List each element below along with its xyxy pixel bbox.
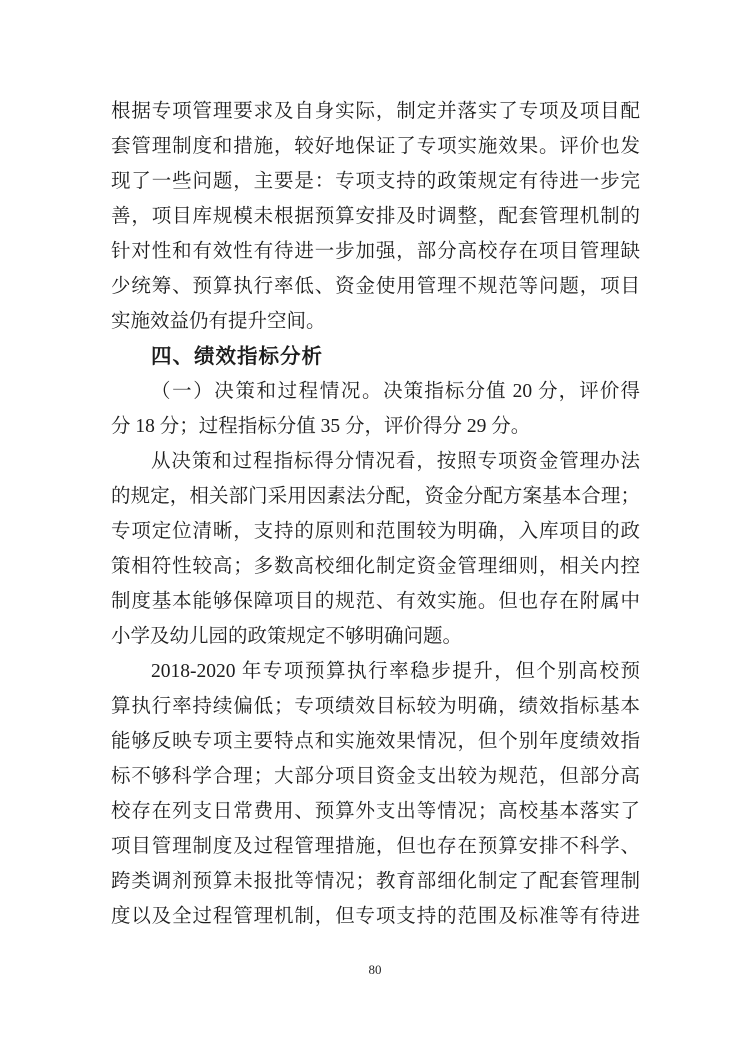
text-line: 针对性和有效性有待进一步加强，部分高校存在项目管理缺 (111, 234, 640, 269)
document-page: 根据专项管理要求及自身实际，制定并落实了专项及项目配套管理制度和措施，较好地保证… (0, 0, 750, 1060)
text-line: 专项定位清晰，支持的原则和范围较为明确，入库项目的政 (111, 514, 640, 549)
text-line: 2018-2020 年专项预算执行率稳步提升，但个别高校预 (111, 654, 640, 689)
text-line: 校存在列支日常费用、预算外支出等情况；高校基本落实了 (111, 794, 640, 829)
text-line: 标不够科学合理；大部分项目资金支出较为规范，但部分高 (111, 759, 640, 794)
text-block: 根据专项管理要求及自身实际，制定并落实了专项及项目配套管理制度和措施，较好地保证… (111, 94, 640, 934)
text-line: 小学及幼儿园的政策规定不够明确问题。 (111, 619, 640, 654)
text-line: 套管理制度和措施，较好地保证了专项实施效果。评价也发 (111, 129, 640, 164)
kai-run: （一）决策和过程情况。 (151, 381, 383, 402)
text-line: 实施效益仍有提升空间。 (111, 304, 640, 339)
text-line: 度以及全过程管理机制，但专项支持的范围及标准等有待进 (111, 899, 640, 934)
text-line: 制度基本能够保障项目的规范、有效实施。但也存在附属中 (111, 584, 640, 619)
text-line: 善，项目库规模未根据预算安排及时调整，配套管理机制的 (111, 199, 640, 234)
text-line: 分 18 分；过程指标分值 35 分，评价得分 29 分。 (111, 409, 640, 444)
text-line: 的规定，相关部门采用因素法分配，资金分配方案基本合理； (111, 479, 640, 514)
text-line: 现了一些问题，主要是：专项支持的政策规定有待进一步完 (111, 164, 640, 199)
section-heading: 四、绩效指标分析 (111, 339, 640, 374)
text-line: （一）决策和过程情况。决策指标分值 20 分，评价得 (111, 374, 640, 409)
text-line: 从决策和过程指标得分情况看，按照专项资金管理办法 (111, 444, 640, 479)
text-line: 跨类调剂预算未报批等情况；教育部细化制定了配套管理制 (111, 864, 640, 899)
text-line: 少统筹、预算执行率低、资金使用管理不规范等问题，项目 (111, 269, 640, 304)
body-run: 决策指标分值 20 分，评价得 (383, 381, 640, 402)
text-line: 策相符性较高；多数高校细化制定资金管理细则，相关内控 (111, 549, 640, 584)
text-line: 项目管理制度及过程管理措施，但也存在预算安排不科学、 (111, 829, 640, 864)
text-line: 算执行率持续偏低；专项绩效目标较为明确，绩效指标基本 (111, 689, 640, 724)
text-line: 根据专项管理要求及自身实际，制定并落实了专项及项目配 (111, 94, 640, 129)
text-line: 能够反映专项主要特点和实施效果情况，但个别年度绩效指 (111, 724, 640, 759)
page-number: 80 (0, 962, 750, 978)
